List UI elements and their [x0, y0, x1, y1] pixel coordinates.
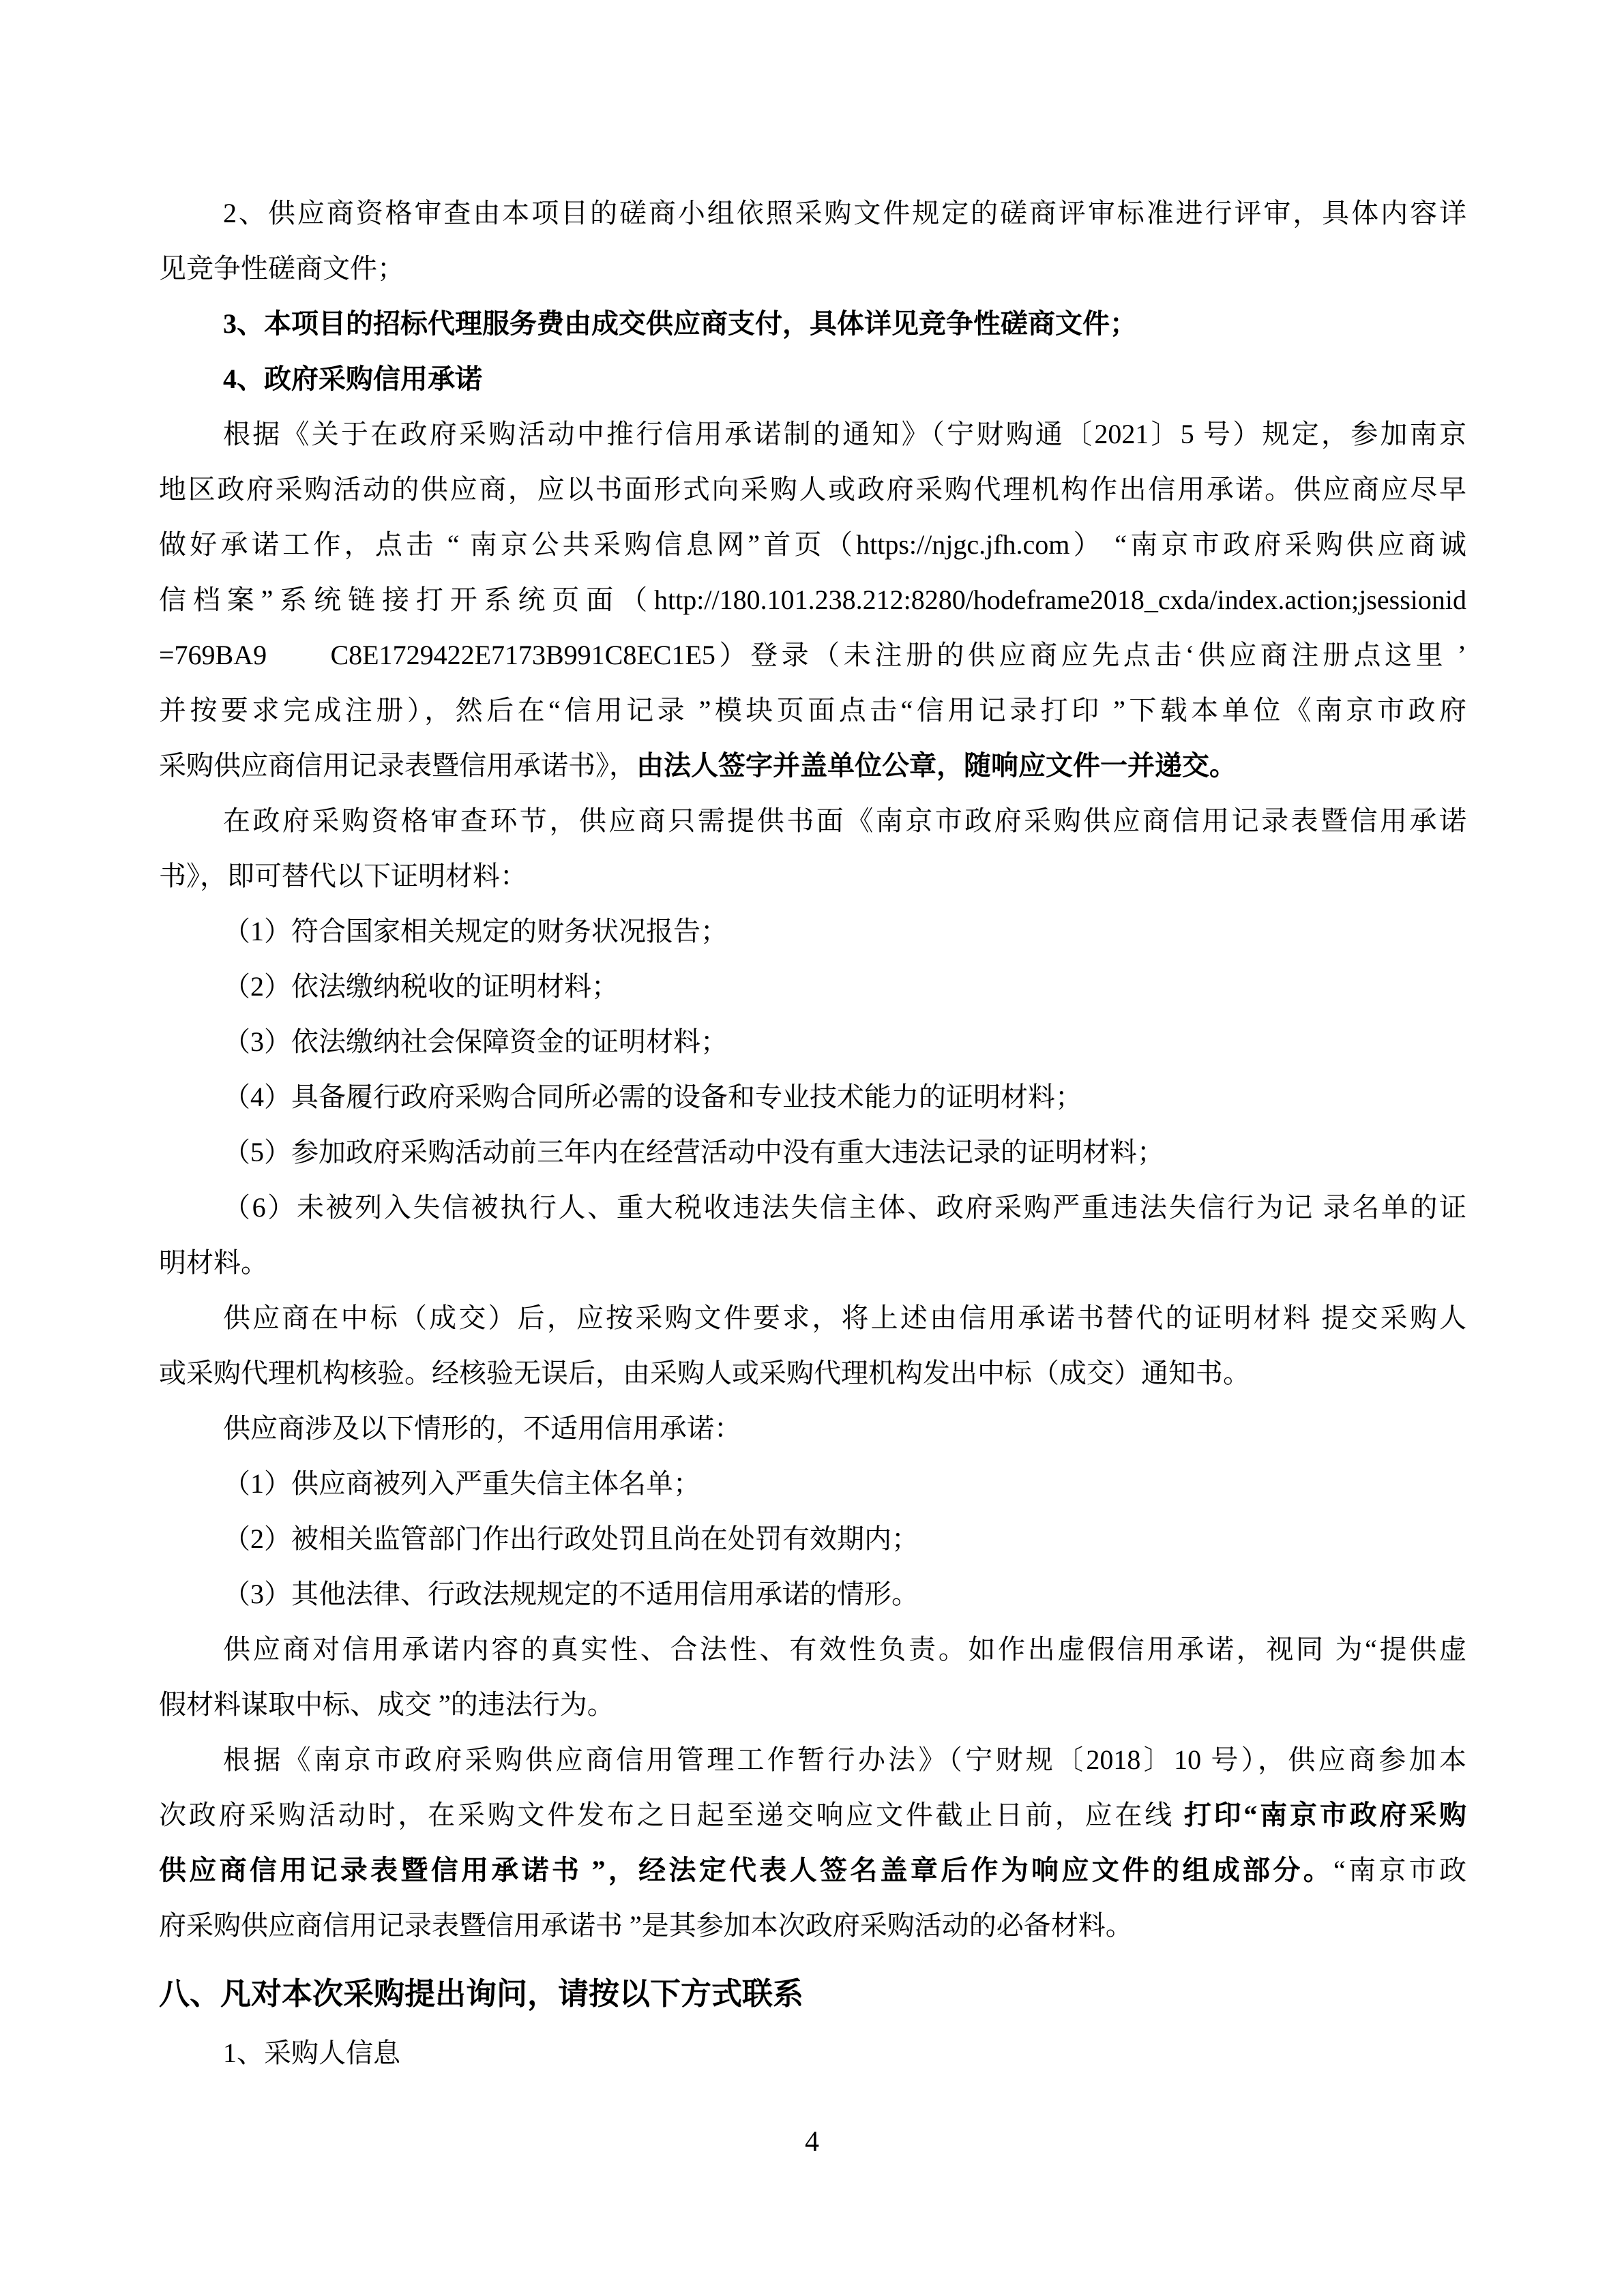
text-segment: 地区政府采购活动的供应商，应以书面形式向采购人或政府采购代理机构作出信用承诺。供…: [159, 474, 1466, 505]
text-line: 供应商信用记录表暨信用承诺书 ”，经法定代表人签名盖章后作为响应文件的组成部分。…: [159, 1843, 1466, 1898]
text-segment: 采购供应商信用记录表暨信用承诺书》，: [159, 750, 636, 781]
text-segment: 信档案”系统链接打开系统页面（http://180.101.238.212:82…: [159, 584, 1466, 615]
text-segment: （5）参加政府采购活动前三年内在经营活动中没有重大违法记录的证明材料；: [223, 1137, 1164, 1167]
document-body: 2、供应商资格审查由本项目的磋商小组依照采购文件规定的磋商评审标准进行评审，具体…: [159, 185, 1466, 2081]
text-line: 在政府采购资格审查环节，供应商只需提供书面《南京市政府采购供应商信用记录表暨信用…: [159, 793, 1466, 848]
text-segment: 供应商对信用承诺内容的真实性、合法性、有效性负责。如作出虚假信用承诺，视同 为“…: [223, 1634, 1466, 1665]
text-segment: 3、本项目的招标代理服务费由成交供应商支付，具体详见竞争性磋商文件；: [223, 308, 1137, 339]
text-line: 信档案”系统链接打开系统页面（http://180.101.238.212:82…: [159, 572, 1466, 627]
text-line: 供应商对信用承诺内容的真实性、合法性、有效性负责。如作出虚假信用承诺，视同 为“…: [159, 1622, 1466, 1677]
text-segment: （3）其他法律、行政法规规定的不适用信用承诺的情形。: [223, 1579, 919, 1609]
text-segment: 假材料谋取中标、成交 ”的违法行为。: [159, 1689, 615, 1720]
text-line: （2）被相关监管部门作出行政处罚且尚在处罚有效期内；: [159, 1511, 1466, 1566]
text-line: 假材料谋取中标、成交 ”的违法行为。: [159, 1677, 1466, 1732]
text-line: （6）未被列入失信被执行人、重大税收违法失信主体、政府采购严重违法失信行为记 录…: [159, 1180, 1466, 1235]
text-line: 明材料。: [159, 1235, 1466, 1290]
text-line: 或采购代理机构核验。经核验无误后，由采购人或采购代理机构发出中标（成交）通知书。: [159, 1345, 1466, 1401]
text-line: 3、本项目的招标代理服务费由成交供应商支付，具体详见竞争性磋商文件；: [159, 296, 1466, 351]
section-heading: 八、凡对本次采购提出询问，请按以下方式联系: [159, 1963, 1466, 2025]
text-line: （2）依法缴纳税收的证明材料；: [159, 959, 1466, 1014]
text-segment: （1）符合国家相关规定的财务状况报告；: [223, 916, 728, 946]
text-segment: （4）具备履行政府采购合同所必需的设备和专业技术能力的证明材料；: [223, 1082, 1082, 1112]
text-line: 根据《关于在政府采购活动中推行信用承诺制的通知》（宁财购通〔2021〕5 号）规…: [159, 406, 1466, 462]
text-segment: 并按要求完成注册），然后在“信用记录 ”模块页面点击“信用记录打印 ”下载本单位…: [159, 695, 1466, 726]
text-line: （3）依法缴纳社会保障资金的证明材料；: [159, 1014, 1466, 1069]
text-line: 采购供应商信用记录表暨信用承诺书》，由法人签字并盖单位公章，随响应文件一并递交。: [159, 738, 1466, 793]
text-line: （5）参加政府采购活动前三年内在经营活动中没有重大违法记录的证明材料；: [159, 1124, 1466, 1180]
text-segment: 在政府采购资格审查环节，供应商只需提供书面《南京市政府采购供应商信用记录表暨信用…: [223, 805, 1466, 836]
text-line: 地区政府采购活动的供应商，应以书面形式向采购人或政府采购代理机构作出信用承诺。供…: [159, 462, 1466, 517]
text-line: （3）其他法律、行政法规规定的不适用信用承诺的情形。: [159, 1566, 1466, 1622]
text-line: （4）具备履行政府采购合同所必需的设备和专业技术能力的证明材料；: [159, 1069, 1466, 1124]
text-segment: 2、供应商资格审查由本项目的磋商小组依照采购文件规定的磋商评审标准进行评审，具体…: [223, 198, 1466, 228]
text-line: =769BA9 C8E1729422E7173B991C8EC1E5）登录（未注…: [159, 627, 1466, 683]
text-line: 2、供应商资格审查由本项目的磋商小组依照采购文件规定的磋商评审标准进行评审，具体…: [159, 185, 1466, 241]
text-segment: “南京市政: [1333, 1855, 1466, 1885]
text-line: 见竞争性磋商文件；: [159, 241, 1466, 296]
text-line: （1）符合国家相关规定的财务状况报告；: [159, 904, 1466, 959]
text-segment: 供应商涉及以下情形的，不适用信用承诺：: [223, 1413, 741, 1444]
text-segment: 见竞争性磋商文件；: [159, 253, 404, 284]
text-line: 供应商在中标（成交）后，应按采购文件要求，将上述由信用承诺书替代的证明材料 提交…: [159, 1290, 1466, 1345]
text-segment: （6）未被列入失信被执行人、重大税收违法失信主体、政府采购严重违法失信行为记 录…: [223, 1192, 1466, 1223]
text-line: 次政府采购活动时，在采购文件发布之日起至递交响应文件截止日前，应在线 打印“南京…: [159, 1787, 1466, 1843]
text-segment: 供应商在中标（成交）后，应按采购文件要求，将上述由信用承诺书替代的证明材料 提交…: [223, 1302, 1466, 1333]
text-segment: （1）供应商被列入严重失信主体名单；: [223, 1468, 700, 1499]
text-line: 1、采购人信息: [159, 2025, 1466, 2081]
text-line: 府采购供应商信用记录表暨信用承诺书 ”是其参加本次政府采购活动的必备材料。: [159, 1898, 1466, 1953]
text-line: 根据《南京市政府采购供应商信用管理工作暂行办法》（宁财规〔2018〕10 号），…: [159, 1732, 1466, 1787]
text-segment: 供应商信用记录表暨信用承诺书 ”，经法定代表人签名盖章后作为响应文件的组成部分。: [159, 1855, 1333, 1885]
text-segment: 4、政府采购信用承诺: [223, 363, 482, 394]
text-segment: 书》，即可替代以下证明材料：: [159, 861, 527, 891]
text-line: 4、政府采购信用承诺: [159, 351, 1466, 406]
text-segment: （2）被相关监管部门作出行政处罚且尚在处罚有效期内；: [223, 1523, 919, 1554]
text-segment: 根据《南京市政府采购供应商信用管理工作暂行办法》（宁财规〔2018〕10 号），…: [223, 1744, 1466, 1775]
text-segment: （2）依法缴纳税收的证明材料；: [223, 971, 619, 1002]
text-segment: 府采购供应商信用记录表暨信用承诺书 ”是其参加本次政府采购活动的必备材料。: [159, 1910, 1133, 1941]
text-line: 书》，即可替代以下证明材料：: [159, 848, 1466, 904]
text-segment: 明材料。: [159, 1247, 268, 1278]
text-segment: 做好承诺工作，点击 “ 南京公共采购信息网”首页（https://njgc.jf…: [159, 529, 1466, 560]
text-segment: （3）依法缴纳社会保障资金的证明材料；: [223, 1026, 728, 1057]
text-line: 供应商涉及以下情形的，不适用信用承诺：: [159, 1401, 1466, 1456]
text-segment: 次政府采购活动时，在采购文件发布之日起至递交响应文件截止日前，应在线: [159, 1800, 1184, 1830]
text-segment: 或采购代理机构核验。经核验无误后，由采购人或采购代理机构发出中标（成交）通知书。: [159, 1358, 1250, 1388]
text-line: 做好承诺工作，点击 “ 南京公共采购信息网”首页（https://njgc.jf…: [159, 517, 1466, 572]
document-page: 2、供应商资格审查由本项目的磋商小组依照采购文件规定的磋商评审标准进行评审，具体…: [0, 0, 1624, 2296]
page-number: 4: [0, 2117, 1624, 2166]
text-segment: 1、采购人信息: [223, 2038, 400, 2068]
text-segment: 八、凡对本次采购提出询问，请按以下方式联系: [159, 1977, 803, 2011]
text-line: 并按要求完成注册），然后在“信用记录 ”模块页面点击“信用记录打印 ”下载本单位…: [159, 683, 1466, 738]
text-segment: 由法人签字并盖单位公章，随响应文件一并递交。: [636, 750, 1237, 781]
text-line: （1）供应商被列入严重失信主体名单；: [159, 1456, 1466, 1511]
text-segment: =769BA9 C8E1729422E7173B991C8EC1E5）登录（未注…: [159, 640, 1466, 670]
text-segment: 根据《关于在政府采购活动中推行信用承诺制的通知》（宁财购通〔2021〕5 号）规…: [223, 419, 1466, 449]
text-segment: 打印“南京市政府采购: [1184, 1800, 1466, 1830]
